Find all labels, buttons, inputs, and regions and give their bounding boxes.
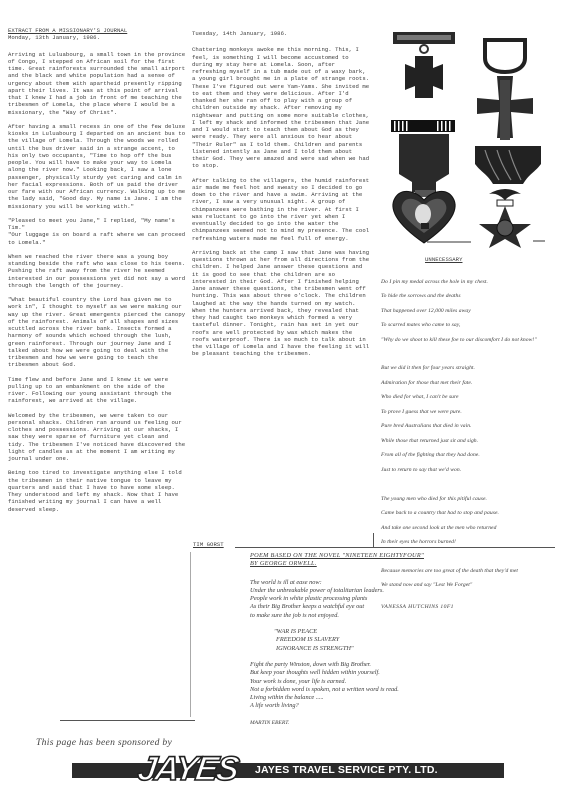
poem-line: A life worth living? xyxy=(250,702,560,710)
journal-paragraph: Welcomed by the tribesmen, we were taken… xyxy=(8,412,186,463)
poem-line: To prove I guess that we were pure. xyxy=(381,409,561,416)
poem-line: Who died for what, I can't be sure xyxy=(381,394,561,401)
poem-line: From all of the fighting that they had d… xyxy=(381,452,561,459)
poem-line: That happened over 12,000 miles away xyxy=(381,308,561,315)
poem-author: MARTIN EBERT. xyxy=(250,719,560,727)
poem-line: Do I pin my medal across the hole in my … xyxy=(381,279,561,286)
poem-stanza: Do I pin my medal across the hole in my … xyxy=(381,271,561,351)
poem-line: Pure bred Australians that died in vain. xyxy=(381,423,561,430)
poem-line: The world is ill at ease now: xyxy=(250,579,560,587)
poem-stanza: Fight the party Winston, down with Big B… xyxy=(250,661,560,711)
poem-line: As their Big Brother keeps a watchful ey… xyxy=(250,603,560,611)
poem-line: Not a forbidden word is spoken, not a wr… xyxy=(250,686,560,694)
journal-paragraph: Arriving at Luluabourg, a small town in … xyxy=(8,51,186,116)
journal-paragraph: After having a small recess in one of th… xyxy=(8,123,186,210)
poem-line: But keep your thoughts well hidden withi… xyxy=(250,669,560,677)
sponsor-banner: JAYES JAYES TRAVEL SERVICE PTY. LTD. xyxy=(72,757,504,787)
sponsor-text: This page has been sponsored by xyxy=(36,737,172,748)
poem-stanza: The young men who died for this pitiful … xyxy=(381,488,561,553)
poem-line: In their eyes the horrors burned! xyxy=(381,539,561,546)
journal-title: EXTRACT FROM A MISSIONARY'S JOURNAL xyxy=(8,27,186,34)
poem-line: But we did it then for four years straig… xyxy=(381,365,561,372)
journal-paragraph: Arriving back at the camp I saw that Jan… xyxy=(192,249,372,358)
slogan-line: "WAR IS PEACE xyxy=(274,628,560,636)
poem-title: UNNECESSARY xyxy=(425,256,561,263)
slogan-line: IGNORANCE IS STRENGTH" xyxy=(274,645,560,653)
poem-line: Just to return to say that we'd won. xyxy=(381,467,561,474)
medals-illustration xyxy=(385,28,555,248)
journal-column-1: EXTRACT FROM A MISSIONARY'S JOURNAL Mond… xyxy=(8,27,186,520)
journal-paragraph: Time flew and before Jane and I knew it … xyxy=(8,376,186,405)
entry-date: Monday, 13th January, 1986. xyxy=(8,34,186,41)
poem-line: The young men who died for this pitiful … xyxy=(381,496,561,503)
divider xyxy=(190,552,191,717)
poem-line: Under the unbreakable power of totalitar… xyxy=(250,587,560,595)
journal-author: TIM GORST xyxy=(193,541,224,548)
poem-line: People work in white plastic processing … xyxy=(250,595,560,603)
poem-stanza: The world is ill at ease now: Under the … xyxy=(250,579,560,620)
journal-paragraph: "What beautiful country the Lord has giv… xyxy=(8,296,186,369)
poem-line: Your work is done, your life is earned. xyxy=(250,678,560,686)
poem-stanza: But we did it then for four years straig… xyxy=(381,358,561,481)
poem-byline: BY GEORGE ORWELL. xyxy=(250,560,560,568)
slogan-line: FREEDOM IS SLAVERY xyxy=(274,636,560,644)
journal-paragraph: Being too tired to investigate anything … xyxy=(8,469,186,513)
poem-line: And take one second look at the men who … xyxy=(381,525,561,532)
entry-date: Tuesday, 14th January, 1986. xyxy=(192,30,372,37)
poem-line: While those that returned just sit and s… xyxy=(381,438,561,445)
poem-line: Living within the balance ..... xyxy=(250,694,560,702)
poem-line: To hide the sorrows and the deaths xyxy=(381,293,561,300)
journal-paragraph: "Pleased to meet you Jane," I replied, "… xyxy=(8,217,186,246)
journal-paragraph: After talking to the villagers, the humi… xyxy=(192,177,372,242)
divider xyxy=(373,533,374,548)
journal-column-2: Tuesday, 14th January, 1986. Chattering … xyxy=(192,30,372,365)
poem-line: To scarred mates who came to say, xyxy=(381,322,561,329)
company-name: JAYES TRAVEL SERVICE PTY. LTD. xyxy=(255,764,438,776)
journal-paragraph: When we reached the river there was a yo… xyxy=(8,253,186,289)
poem-1984: POEM BASED ON THE NOVEL "NINETEEN EIGHTY… xyxy=(250,552,560,727)
poem-line: Fight the party Winston, down with Big B… xyxy=(250,661,560,669)
poem-line: Admiration for those that met their fate… xyxy=(381,380,561,387)
poem-line: to make sure the job is not enjoyed. xyxy=(250,612,560,620)
poem-heading: POEM BASED ON THE NOVEL "NINETEEN EIGHTY… xyxy=(250,552,560,560)
party-slogans: "WAR IS PEACE FREEDOM IS SLAVERY IGNORAN… xyxy=(250,628,560,653)
poem-line: Came back to a country that had to stop … xyxy=(381,510,561,517)
divider xyxy=(60,720,195,721)
poem-line: "Why do we shoot to kill these foe to ou… xyxy=(381,337,561,344)
jayes-logo: JAYES xyxy=(135,750,239,789)
journal-paragraph: Chattering monkeys awoke me this morning… xyxy=(192,46,372,169)
